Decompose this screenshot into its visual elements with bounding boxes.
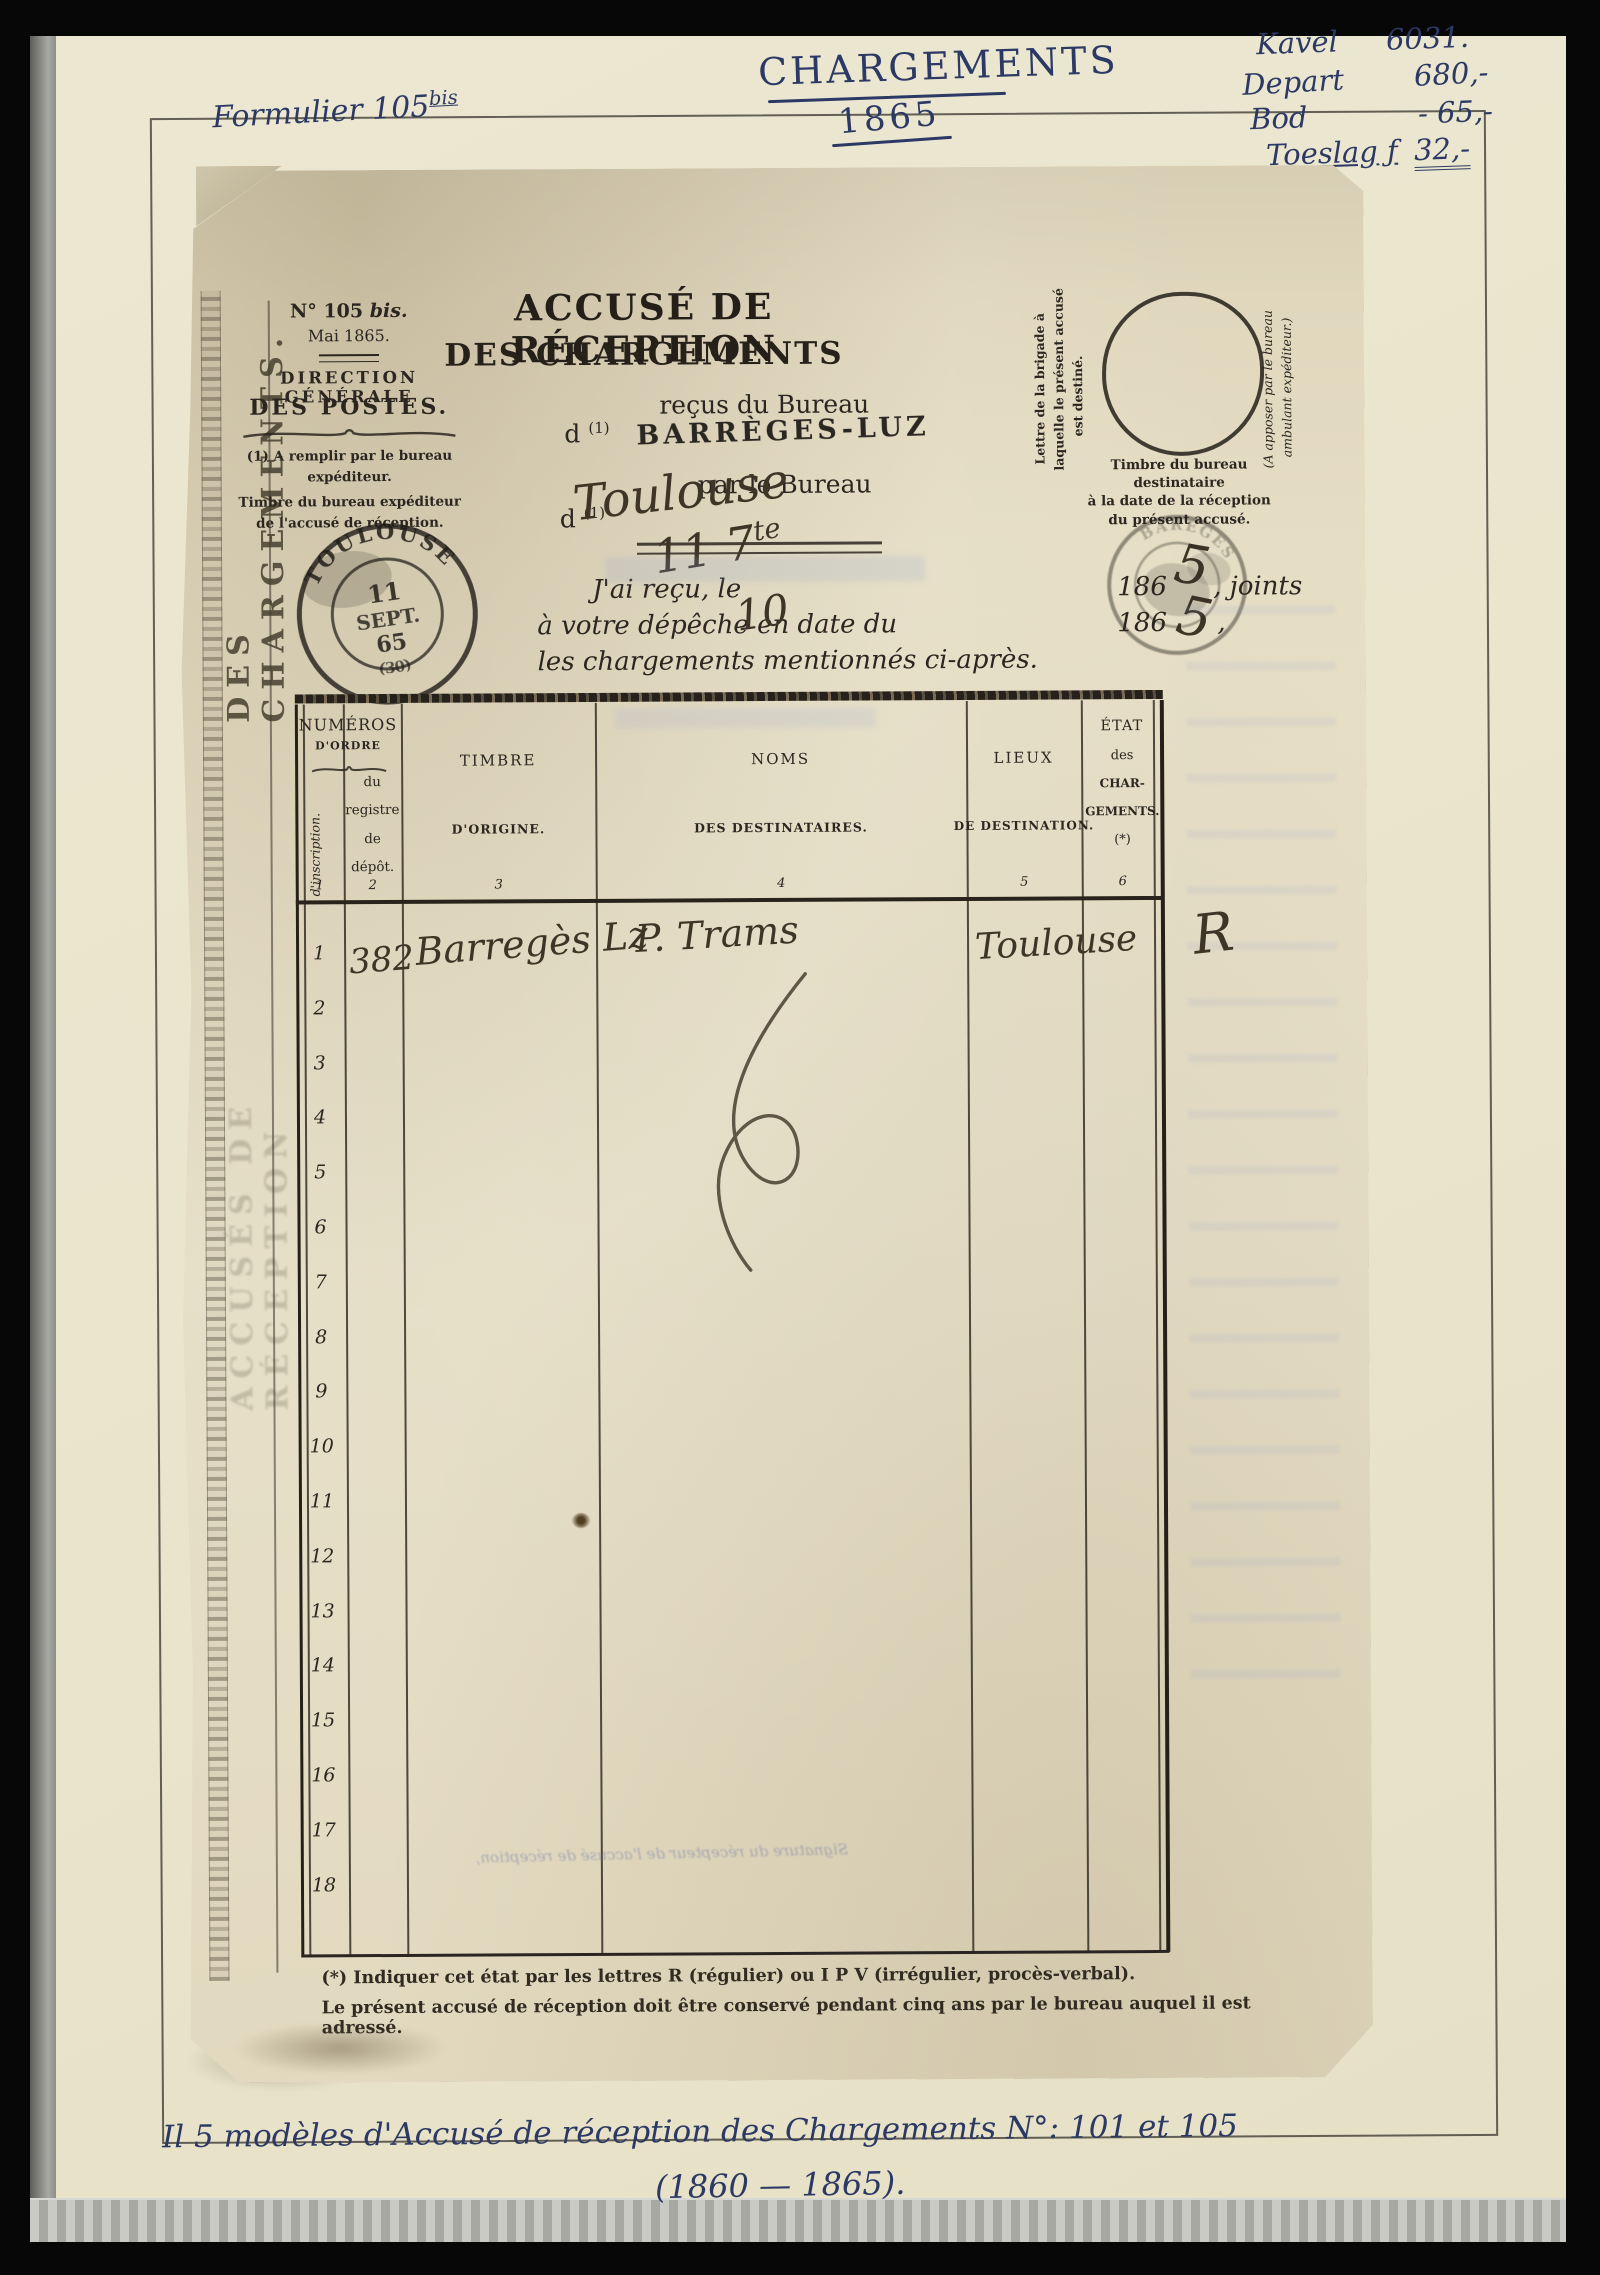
dest-caption1: Timbre du bureau destinataire bbox=[1111, 457, 1248, 492]
form-number-text: N° 105 bbox=[290, 300, 363, 322]
form-date-text: Mai 1865. bbox=[308, 326, 390, 345]
bleedthrough-signature-text: Signature du récepteur de l'accusé de ré… bbox=[475, 1840, 848, 1866]
depart-value: 680,- bbox=[1413, 55, 1489, 93]
row1-lieux-text: Toulouse bbox=[974, 918, 1138, 968]
row1-noms: P. Trams bbox=[634, 908, 800, 961]
lieux-line1: LIEUX bbox=[993, 749, 1053, 767]
document-content: DES CHARGEMENTS. ACCUSÉS DE RÉCEPTION N°… bbox=[173, 165, 1373, 2083]
table-row-number: 17 bbox=[301, 1819, 347, 1841]
table-row-number: 4 bbox=[297, 1107, 343, 1129]
table-row-number: 6 bbox=[297, 1216, 343, 1238]
des-postes: DES POSTES. bbox=[219, 394, 479, 421]
table-row-number: 9 bbox=[298, 1381, 344, 1403]
colnum-4: 4 bbox=[596, 875, 967, 892]
table-row-number: 2 bbox=[296, 997, 342, 1019]
etat-line1: ÉTAT bbox=[1100, 718, 1143, 734]
table-border-bottom bbox=[301, 1950, 1169, 1958]
document-stain-dot bbox=[572, 1513, 590, 1528]
depart-label: Depart bbox=[1241, 63, 1344, 102]
recu-line2-day-text: 10 bbox=[732, 584, 792, 640]
timbre-line2: D'ORIGINE. bbox=[452, 821, 546, 836]
colnum-5: 5 bbox=[967, 874, 1082, 890]
recu-line3-text: les chargements mentionnés ci-après. bbox=[538, 645, 1038, 678]
form-number-rule bbox=[319, 354, 379, 362]
dest-caption2: à la date de la réception bbox=[1088, 493, 1271, 510]
registre-line2: registre bbox=[345, 802, 399, 818]
recu-line2: à votre dépêche en date du bbox=[537, 609, 897, 641]
bleedthrough-signature: Signature du récepteur de l'accusé de ré… bbox=[422, 1839, 902, 1868]
toeslag-value: 32,- bbox=[1413, 131, 1470, 171]
table-header-heavy-rule bbox=[296, 896, 1164, 905]
dest-vleft3: est destiné. bbox=[1070, 356, 1085, 437]
d1-origin-d: d bbox=[564, 419, 580, 448]
note-remplir: (1) A remplir par le bureau expéditeur. bbox=[219, 446, 479, 489]
table-row-number: 15 bbox=[300, 1709, 346, 1731]
album-binding-edge bbox=[30, 36, 56, 2198]
row1-timbre: Barregès Lz bbox=[414, 913, 650, 974]
table-header-registre: du registre de dépôt. bbox=[343, 768, 402, 882]
table-header-noms: NOMS bbox=[595, 749, 966, 769]
dest-vright1: (A apposer par le bureau bbox=[1260, 310, 1276, 468]
colnum-2: 2 bbox=[344, 878, 402, 893]
destinataire-vertical-left-1: Lettre de la brigade à bbox=[1032, 283, 1048, 465]
row1-timbre-text: Barregès Lz bbox=[414, 913, 650, 974]
row1-lieux: Toulouse bbox=[974, 918, 1138, 968]
etat-line4: GEMENTS. bbox=[1085, 804, 1159, 818]
album-photo: Formulier 105bis CHARGEMENTS 1865 Kavel … bbox=[0, 0, 1600, 2275]
recu-line2-day-handwritten: 10 bbox=[732, 584, 792, 640]
table-row-number: 11 bbox=[299, 1490, 345, 1512]
d1-marker-origin: d (1) bbox=[564, 419, 609, 449]
brace-rule-icon bbox=[239, 426, 459, 441]
note-timbre-line1: Timbre du bureau expéditeur bbox=[238, 494, 461, 511]
noms-line1: NOMS bbox=[751, 750, 810, 768]
row1-etat-text: R bbox=[1190, 900, 1237, 967]
table-row-number: 14 bbox=[300, 1655, 346, 1677]
table-row-number: 10 bbox=[299, 1435, 345, 1457]
annotation-formulier-bis: bis bbox=[428, 86, 458, 110]
lieux-line2: DE DESTINATION. bbox=[954, 818, 1095, 833]
table-header-timbre: TIMBRE bbox=[401, 751, 595, 770]
footer-note-line1-text: (*) Indiquer cet état par les lettres R … bbox=[321, 1964, 1135, 1988]
margin-vertical-title-ghost-text: ACCUSÉS DE RÉCEPTION bbox=[224, 1098, 296, 1411]
table-row-number: 18 bbox=[301, 1874, 347, 1896]
table-row-number: 1 bbox=[296, 942, 342, 964]
row1-noms-text: P. Trams bbox=[634, 908, 800, 961]
bleedthrough-band-2 bbox=[616, 707, 876, 728]
table-header-numeros: NUMÉROS D'ORDRE bbox=[295, 715, 401, 754]
bleedthrough-band-1 bbox=[605, 555, 925, 583]
noms-line2: DES DESTINATAIRES. bbox=[694, 819, 868, 835]
table-row-number: 3 bbox=[297, 1052, 343, 1074]
row1-paraph-flourish bbox=[655, 966, 837, 1277]
etat-line3: CHAR- bbox=[1100, 776, 1145, 790]
table-row-number: 8 bbox=[298, 1326, 344, 1348]
bod-label: Bod bbox=[1249, 100, 1307, 136]
timbre-line1: TIMBRE bbox=[460, 751, 537, 769]
table-header-noms-sub: DES DESTINATAIRES. bbox=[595, 819, 966, 836]
colnum-6-text: 6 bbox=[1119, 874, 1127, 889]
row1-etat: R bbox=[1190, 900, 1237, 967]
colnum-6: 6 bbox=[1082, 874, 1164, 889]
numeros-line1: NUMÉROS bbox=[299, 715, 398, 735]
registre-line3: de dépôt. bbox=[351, 831, 394, 875]
footer-note-line1: (*) Indiquer cet état par les lettres R … bbox=[321, 1964, 1221, 1989]
recu-line2-pre: à votre dépêche en date du bbox=[537, 609, 897, 641]
form-title-line2-text: DES CHARGEMENTS bbox=[444, 336, 843, 374]
table-header-etat: ÉTAT des CHAR- GEMENTS. (*) bbox=[1081, 711, 1164, 854]
colnum-1: 1 bbox=[296, 878, 344, 893]
destinataire-vertical-left-2: laquelle le présent accusé bbox=[1051, 278, 1067, 470]
des-postes-text: DES POSTES. bbox=[249, 394, 449, 421]
table-row-number: 12 bbox=[299, 1545, 345, 1567]
destinataire-vertical-right-1: (A apposer par le bureau bbox=[1260, 283, 1276, 468]
destinataire-vertical-right-2: ambulant expéditeur.) bbox=[1279, 297, 1295, 457]
toulouse-postmark-icon: TOULOUSE 11 SEPT. 65 (30) bbox=[280, 506, 495, 721]
toulouse-postmark-year: 65 bbox=[375, 629, 409, 659]
row1-registre: 382 bbox=[348, 938, 416, 983]
d1-origin-sup: (1) bbox=[588, 419, 609, 437]
colnum-2-text: 2 bbox=[369, 878, 377, 893]
table-header-lieux: LIEUX bbox=[966, 748, 1081, 767]
destinataire-circle-icon bbox=[1102, 291, 1265, 456]
numeros-line2: D'ORDRE bbox=[315, 739, 381, 752]
registre-line1: du bbox=[363, 774, 380, 790]
annotation-bottom-line2-text: (1860 — 1865). bbox=[655, 2164, 906, 2206]
document-stain-bottom bbox=[235, 2022, 445, 2075]
table-header-lieux-sub: DE DESTINATION. bbox=[951, 818, 1096, 833]
table-header-timbre-sub: D'ORIGINE. bbox=[401, 821, 595, 837]
note-remplir-line2: expéditeur. bbox=[307, 469, 392, 485]
colnum-4-text: 4 bbox=[777, 876, 785, 891]
table-row-number: 5 bbox=[297, 1161, 343, 1183]
footer-note-line2-text: Le présent accusé de réception doit être… bbox=[322, 1994, 1251, 2039]
kavel-label: Kavel bbox=[1255, 24, 1338, 61]
dest-vleft2: laquelle le présent accusé bbox=[1051, 288, 1067, 470]
kavel-value: 6031. bbox=[1385, 20, 1469, 57]
recu-line3: les chargements mentionnés ci-après. bbox=[538, 645, 1038, 678]
table-row-number: 7 bbox=[298, 1271, 344, 1293]
colnum-5-text: 5 bbox=[1020, 875, 1028, 890]
form-title-line2: DES CHARGEMENTS bbox=[384, 335, 904, 374]
plastic-sleeve-edge bbox=[30, 2198, 1566, 2242]
row1-registre-text: 382 bbox=[348, 938, 416, 983]
annotation-bottom-line2: (1860 — 1865). bbox=[655, 2164, 906, 2206]
table-row-number: 13 bbox=[299, 1600, 345, 1622]
colnum-1-text: 1 bbox=[316, 878, 324, 893]
note-remplir-line1: (1) A remplir par le bureau bbox=[247, 448, 453, 465]
etat-line2: des bbox=[1111, 748, 1134, 763]
footer-note-line2: Le présent accusé de réception doit être… bbox=[322, 1993, 1262, 2038]
table-row-number: 16 bbox=[300, 1764, 346, 1786]
bod-value: - 65,- bbox=[1417, 94, 1493, 131]
margin-vertical-title-ghost: ACCUSÉS DE RÉCEPTION bbox=[222, 811, 295, 1411]
colnum-3: 3 bbox=[402, 877, 596, 893]
destinataire-vertical-left-3: est destiné. bbox=[1070, 316, 1086, 436]
table-header-inscription: d'inscription. bbox=[307, 768, 323, 896]
dest-vleft1: Lettre de la brigade à bbox=[1032, 313, 1048, 465]
recu-day-sup: te bbox=[751, 511, 783, 548]
dest-vright2: ambulant expéditeur.) bbox=[1279, 318, 1295, 458]
bleedthrough-margin-column bbox=[1185, 605, 1341, 1706]
colnum-3-text: 3 bbox=[495, 877, 503, 892]
etat-line5: (*) bbox=[1114, 832, 1131, 847]
